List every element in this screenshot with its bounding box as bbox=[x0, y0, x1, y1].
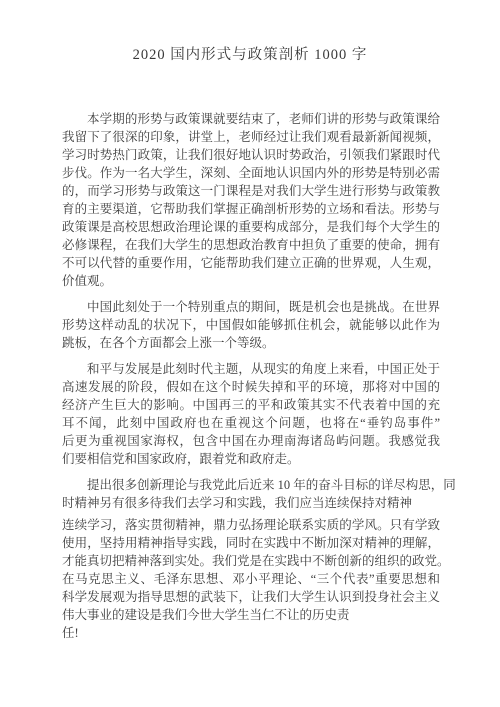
text-line: 步伐。作为一名大学生，深刻、全面地认识国内外的形势是特别必需 bbox=[62, 164, 440, 182]
document-title: 2020 国内形式与政策剖析 1000 字 bbox=[0, 0, 500, 64]
text-line: 耳不闻，此刻中国政府也在重视这个问题，也将在“垂钓岛事件” bbox=[62, 414, 440, 432]
text-line: 提出很多创新理论与我党此后近来 10 年的奋斗目标的详尽构思，同 bbox=[62, 476, 440, 494]
text-line: 形势这样动乱的状况下，中国假如能够抓住机会，就能够以此作为 bbox=[62, 316, 440, 334]
text-line: 和平与发展是此刻时代主题，从现实的角度上来看，中国正处于 bbox=[62, 360, 440, 378]
paragraph-4: 提出很多创新理论与我党此后近来 10 年的奋斗目标的详尽构思，同 时精神另有很多… bbox=[62, 476, 440, 512]
text-line: 在马克思主义、毛泽东思想、邓小平理论、“三个代表”重要思想和 bbox=[62, 570, 440, 588]
text-line: 政策课是高校思想政治理论课的重要构成部分，是我们每个大学生的 bbox=[62, 218, 440, 236]
text-line: 时精神另有很多待我们去学习和实践，我们应当连续保持对精神 bbox=[62, 494, 440, 512]
text-line: 们要相信党和国家政府，跟着党和政府走。 bbox=[62, 450, 440, 468]
text-line: 连续学习，落实贯彻精神，鼎力弘扬理论联系实质的学风。只有学致 bbox=[62, 516, 440, 534]
text-line: 必修课程，在我们大学生的思想政治教育中担负了重要的使命，拥有 bbox=[62, 236, 440, 254]
text-line: 育的主要渠道，它帮助我们掌握正确剖析形势的立场和看法。形势与 bbox=[62, 200, 440, 218]
document-page: 2020 国内形式与政策剖析 1000 字 本学期的形势与政策课就要结束了，老师… bbox=[0, 0, 500, 707]
text-line: 跳板，在各个方面都会上涨一个等级。 bbox=[62, 334, 440, 352]
text-line: 不可以代替的重要作用，它能帮助我们建立正确的世界观，人生观， bbox=[62, 254, 440, 272]
document-body: 本学期的形势与政策课就要结束了，老师们讲的形势与政策课给 我留下了很深的印象，讲… bbox=[62, 110, 440, 642]
paragraph-2: 中国此刻处于一个特别重点的期间，既是机会也是挑战。在世界 形势这样动乱的状况下，… bbox=[62, 298, 440, 352]
text-line: 科学发展观为指导思想的武装下，让我们大学生认识到投身社会主义 bbox=[62, 588, 440, 606]
text-line: 经济产生巨大的影响。中国再三的平和政策其实不代表着中国的充 bbox=[62, 396, 440, 414]
text-line: 中国此刻处于一个特别重点的期间，既是机会也是挑战。在世界 bbox=[62, 298, 440, 316]
text-line: 价值观。 bbox=[62, 272, 440, 290]
text-line: 高速发展的阶段，假如在这个时候失掉和平的环境，那将对中国的 bbox=[62, 378, 440, 396]
paragraph-4-continued: 连续学习，落实贯彻精神，鼎力弘扬理论联系实质的学风。只有学致 使用，坚持用精神指… bbox=[62, 516, 440, 642]
text-line: 才能真切把精神落到实处。我们党是在实践中不断创新的组织的政党。 bbox=[62, 552, 440, 570]
text-line: 的，而学习形势与政策这一门课程是对我们大学生进行形势与政策教 bbox=[62, 182, 440, 200]
text-line: 使用，坚持用精神指导实践，同时在实践中不断加深对精神的理解， bbox=[62, 534, 440, 552]
paragraph-3: 和平与发展是此刻时代主题，从现实的角度上来看，中国正处于 高速发展的阶段，假如在… bbox=[62, 360, 440, 468]
text-line: 后更为重视国家海权，包含中国在办理南海诸岛屿问题。我感觉我 bbox=[62, 432, 440, 450]
text-line: 任! bbox=[62, 624, 440, 642]
text-line: 伟大事业的建设是我们今世大学生当仁不让的历史责 bbox=[62, 606, 440, 624]
paragraph-1: 本学期的形势与政策课就要结束了，老师们讲的形势与政策课给 我留下了很深的印象，讲… bbox=[62, 110, 440, 290]
text-line: 我留下了很深的印象，讲堂上，老师经过让我们观看最新新闻视频， bbox=[62, 128, 440, 146]
text-line: 学习时势热门政策，让我们很好地认识时势政治，引领我们紧跟时代 bbox=[62, 146, 440, 164]
text-line: 本学期的形势与政策课就要结束了，老师们讲的形势与政策课给 bbox=[62, 110, 440, 128]
